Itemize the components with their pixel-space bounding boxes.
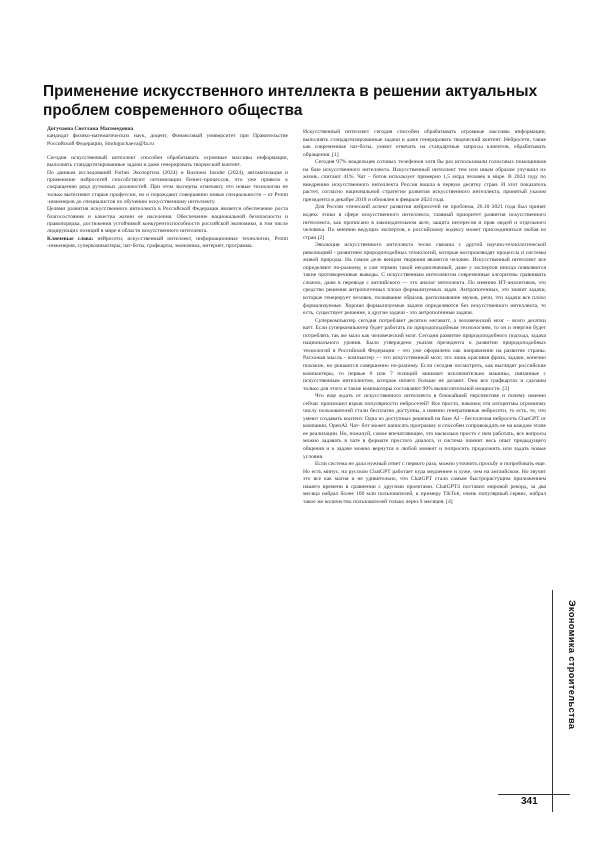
sidebar-vertical-rule [552,590,553,812]
page-number: 341 [521,796,538,807]
journal-name: Экономика строительства [561,600,577,780]
body-paragraph: Искусственный интеллект сегодня способен… [303,129,546,159]
abstract-paragraph: Целями развития искусственного интеллект… [47,206,288,235]
keywords: Ключевые слова: нейросети, искусственный… [47,236,288,251]
left-column: Догучаева Светлана Магомедовна кандидат … [47,126,288,251]
body-paragraph: Эволюция искусственного интеллекта тесно… [303,242,546,317]
article-title: Применение искусственного интеллекта в р… [43,82,563,120]
body-paragraph: Суперкомпьютер сегодня потребляет десятк… [303,318,546,393]
abstract-paragraph: По данным исследований Forbes Экспертиза… [47,170,288,207]
body-paragraph: Если система не дала нужный ответ с перв… [303,461,546,506]
right-column: Искусственный интеллект сегодня способен… [303,129,546,506]
abstract-paragraph: Сегодня искусственный интеллект способен… [47,155,288,170]
keywords-label: Ключевые слова: [47,236,93,242]
body-paragraph: Что еще ждать от искусственного интеллек… [303,393,546,461]
body-paragraph: Сегодня 97% владельцев сотовых телефонов… [303,159,546,204]
author-affiliation: кандидат физико-математических наук, доц… [47,133,288,148]
body-paragraph: Для России этический аспект развития ней… [303,204,546,242]
page-number-rule [498,794,570,795]
